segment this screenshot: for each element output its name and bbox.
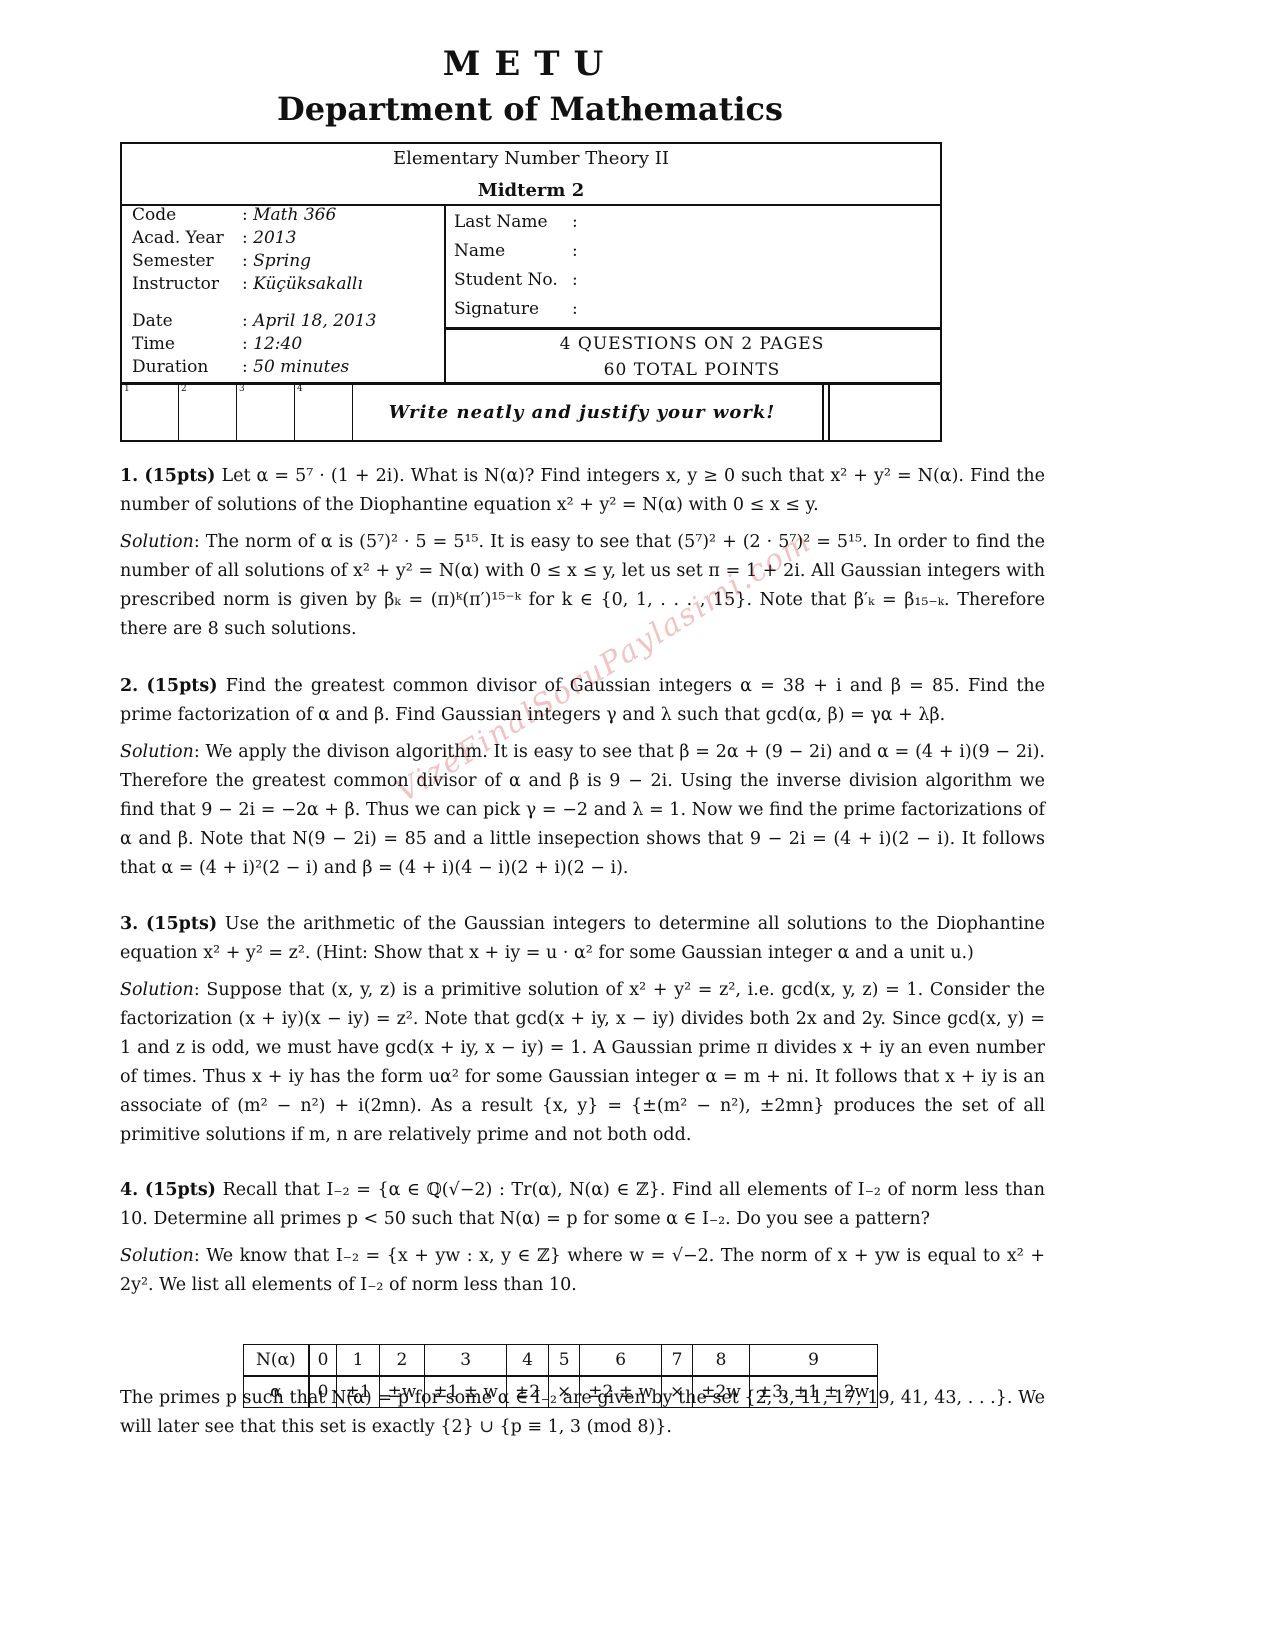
info-row-time: Time: 12:40 bbox=[132, 333, 376, 356]
norm-cell: 0 bbox=[309, 1345, 337, 1377]
question-3: 3. (15pts) Use the arithmetic of the Gau… bbox=[120, 910, 1045, 1150]
solution-text: : Suppose that (x, y, z) is a primitive … bbox=[120, 980, 1045, 1145]
info-row-semester: Semester: Spring bbox=[132, 250, 376, 273]
norm-cell: 2 bbox=[379, 1345, 425, 1377]
question-text: Let α = 5⁷ · (1 + 2i). What is N(α)? Fin… bbox=[120, 466, 1045, 515]
solution-label: Solution bbox=[120, 1246, 194, 1266]
info-row-duration: Duration: 50 minutes bbox=[132, 356, 376, 379]
questions-summary: 4 QUESTIONS ON 2 PAGES bbox=[444, 331, 940, 357]
question-2: 2. (15pts) Find the greatest common divi… bbox=[120, 672, 1045, 883]
norm-cell: 7 bbox=[661, 1345, 692, 1377]
signature-field[interactable]: Signature: bbox=[454, 295, 578, 324]
student-no-field[interactable]: Student No.: bbox=[454, 266, 578, 295]
question-text: Recall that I₋₂ = {α ∈ ℚ(√−2) : Tr(α), N… bbox=[120, 1180, 1045, 1229]
question-text: Find the greatest common divisor of Gaus… bbox=[120, 676, 1045, 725]
info-row-date: Date: April 18, 2013 bbox=[132, 310, 376, 333]
exam-header-box: Elementary Number Theory II Midterm 2 Co… bbox=[120, 142, 942, 442]
info-row-year: Acad. Year: 2013 bbox=[132, 227, 376, 250]
info-row-instructor: Instructor: Küçüksakallı bbox=[132, 273, 376, 296]
score-box-3: 3 bbox=[237, 384, 295, 440]
solution-label: Solution bbox=[120, 742, 194, 762]
motto: Write neatly and justify your work! bbox=[352, 402, 812, 423]
norm-cell: 3 bbox=[425, 1345, 507, 1377]
question-4-conclusion: The primes p such that N(α) = p for some… bbox=[120, 1384, 1045, 1442]
info-row-code: Code: Math 366 bbox=[132, 204, 376, 227]
norm-cell: 4 bbox=[506, 1345, 548, 1377]
double-rule bbox=[822, 384, 830, 440]
norm-cell: 5 bbox=[549, 1345, 580, 1377]
norm-cell: 6 bbox=[580, 1345, 662, 1377]
course-info: Code: Math 366 Acad. Year: 2013 Semester… bbox=[132, 204, 376, 379]
norm-row: N(α)0123456789 bbox=[244, 1345, 878, 1377]
norm-cell: 9 bbox=[749, 1345, 877, 1377]
solution-text: : The norm of α is (5⁷)² · 5 = 5¹⁵. It i… bbox=[120, 532, 1045, 639]
score-box-1: 1 bbox=[122, 384, 179, 440]
solution-label: Solution bbox=[120, 532, 194, 552]
question-1: 1. (15pts) Let α = 5⁷ · (1 + 2i). What i… bbox=[120, 462, 1045, 644]
divider bbox=[444, 327, 940, 330]
exam-title: Midterm 2 bbox=[122, 180, 940, 201]
exam-summary: 4 QUESTIONS ON 2 PAGES 60 TOTAL POINTS bbox=[444, 331, 940, 383]
score-box-4: 4 bbox=[295, 384, 353, 440]
question-4: 4. (15pts) Recall that I₋₂ = {α ∈ ℚ(√−2)… bbox=[120, 1176, 1045, 1300]
course-title: Elementary Number Theory II bbox=[122, 148, 940, 169]
student-fields: Last Name: Name: Student No.: Signature: bbox=[454, 208, 578, 324]
last-name-field[interactable]: Last Name: bbox=[454, 208, 578, 237]
solution-text: : We know that I₋₂ = {x + yw : x, y ∈ ℤ}… bbox=[120, 1246, 1045, 1295]
solution-label: Solution bbox=[120, 980, 194, 1000]
name-field[interactable]: Name: bbox=[454, 237, 578, 266]
norm-cell: 8 bbox=[693, 1345, 750, 1377]
score-box-2: 2 bbox=[179, 384, 237, 440]
question-text: Use the arithmetic of the Gaussian integ… bbox=[120, 914, 1045, 963]
norm-cell: 1 bbox=[337, 1345, 379, 1377]
department-title: Department of Mathematics bbox=[0, 90, 1060, 128]
points-summary: 60 TOTAL POINTS bbox=[444, 357, 940, 383]
solution-text: : We apply the divison algorithm. It is … bbox=[120, 742, 1045, 878]
university-title: METU bbox=[0, 44, 1060, 84]
